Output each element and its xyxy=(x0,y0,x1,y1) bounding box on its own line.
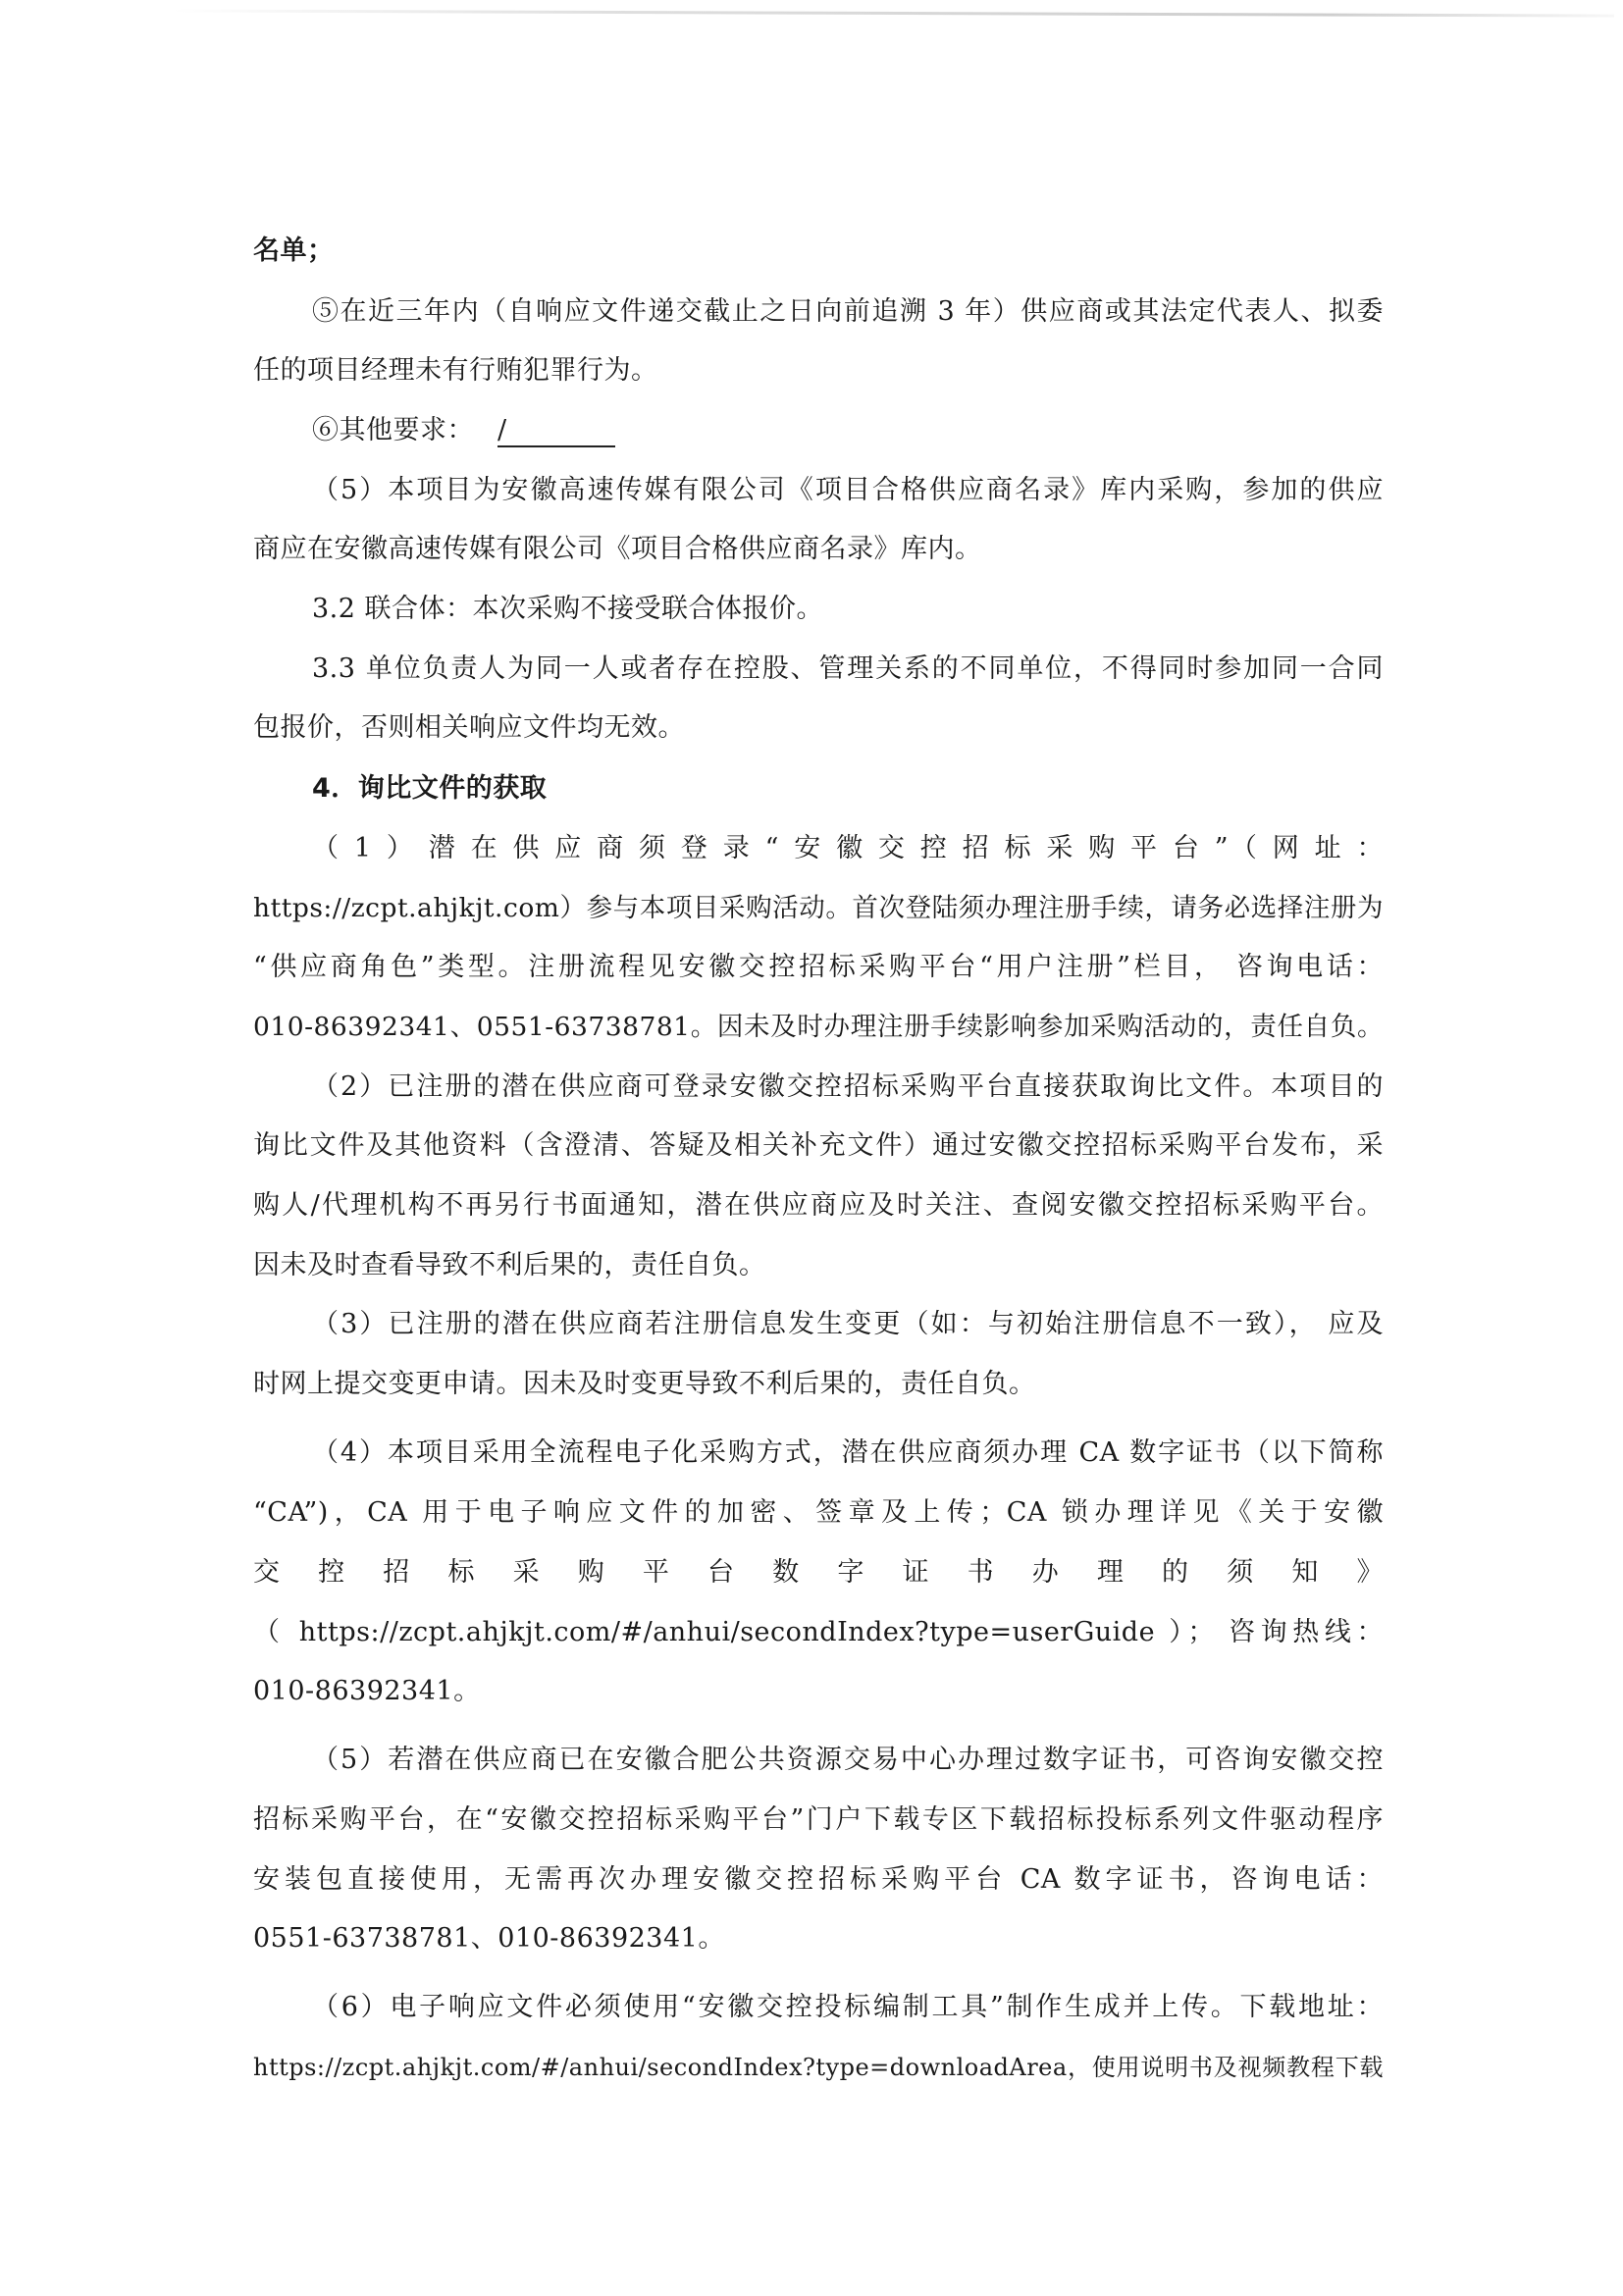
item-1-line-2: https://zcpt.ahjkjt.com）参与本项目采购活动。首次登陆须办… xyxy=(253,889,1384,928)
item-6-line-2: https://zcpt.ahjkjt.com/#/anhui/secondIn… xyxy=(253,2048,1384,2087)
item-5-line-2: 招标采购平台，在“安徽交控招标采购平台”门户下载专区下载招标投标系列文件驱动程序 xyxy=(253,1800,1384,1840)
item-1-line-4: 010-86392341、0551-63738781。因未及时办理注册手续影响参… xyxy=(253,1008,1384,1047)
item-5-line-4: 0551-63738781、010-86392341。 xyxy=(253,1919,1384,1958)
item-2-line-2: 询比文件及其他资料（含澄清、答疑及相关补充文件）通过安徽交控招标采购平台发布，采 xyxy=(253,1126,1384,1166)
item-3-line-2: 时网上提交变更申请。因未及时变更导致不利后果的，责任自负。 xyxy=(253,1365,1384,1404)
requirement-6-blank-value: / xyxy=(497,416,615,447)
clause-5-line-1: （5）本项目为安徽高速传媒有限公司《项目合格供应商名录》库内采购，参加的供应 xyxy=(312,471,1384,510)
clause-3-3-line-1: 3.3 单位负责人为同一人或者存在控股、管理关系的不同单位，不得同时参加同一合同 xyxy=(312,650,1384,689)
clause-3-2-line: 3.2 联合体：本次采购不接受联合体报价。 xyxy=(312,590,1384,629)
item-5-line-3: 安装包直接使用，无需再次办理安徽交控招标采购平台 CA 数字证书，咨询电话： xyxy=(253,1860,1384,1900)
section-4-heading: 4．询比文件的获取 xyxy=(312,769,1384,809)
clause-3-3-line-2: 包报价，否则相关响应文件均无效。 xyxy=(253,708,1384,748)
item-4-line-5: 010-86392341。 xyxy=(253,1672,1384,1711)
requirement-6-label: ⑥其他要求： xyxy=(312,415,474,445)
item-3-line-1: （3）已注册的潜在供应商若注册信息发生变更（如：与初始注册信息不一致）， 应及 xyxy=(312,1305,1384,1344)
list-continuation-line: 名单； xyxy=(253,232,1384,271)
item-5-line-1: （5）若潜在供应商已在安徽合肥公共资源交易中心办理过数字证书，可咨询安徽交控 xyxy=(312,1741,1384,1780)
item-4-line-3: 交控招标采购平台数字证书办理的须知》 xyxy=(253,1553,1384,1592)
item-2-line-1: （2）已注册的潜在供应商可登录安徽交控招标采购平台直接获取询比文件。本项目的 xyxy=(312,1068,1384,1107)
item-4-line-1: （4）本项目采用全流程电子化采购方式，潜在供应商须办理 CA 数字证书（以下简称 xyxy=(312,1434,1384,1473)
item-6-line-1: （6）电子响应文件必须使用“安徽交控投标编制工具”制作生成并上传。下载地址： xyxy=(312,1988,1384,2027)
requirement-5-line-1: ⑤在近三年内（自响应文件递交截止之日向前追溯 3 年）供应商或其法定代表人、拟委 xyxy=(312,292,1384,332)
item-4-line-4: （ https://zcpt.ahjkjt.com/#/anhui/second… xyxy=(253,1613,1384,1652)
item-1-line-3: “供应商角色”类型。注册流程见安徽交控招标采购平台“用户注册”栏目， 咨询电话： xyxy=(253,948,1384,987)
scan-edge-artifact xyxy=(172,9,1614,17)
item-2-line-3: 购人/代理机构不再另行书面通知，潜在供应商应及时关注、查阅安徽交控招标采购平台。 xyxy=(253,1186,1384,1226)
clause-5-line-2: 商应在安徽高速传媒有限公司《项目合格供应商名录》库内。 xyxy=(253,530,1384,569)
requirement-6-line: ⑥其他要求：/ xyxy=(312,411,1384,450)
item-2-line-4: 因未及时查看导致不利后果的，责任自负。 xyxy=(253,1246,1384,1285)
requirement-5-line-2: 任的项目经理未有行贿犯罪行为。 xyxy=(253,351,1384,391)
item-4-line-2: “CA”)，CA 用于电子响应文件的加密、签章及上传；CA 锁办理详见《关于安徽 xyxy=(253,1493,1384,1533)
item-1-line-1: （1）潜在供应商须登录“安徽交控招标采购平台”（网址： xyxy=(312,829,1384,868)
